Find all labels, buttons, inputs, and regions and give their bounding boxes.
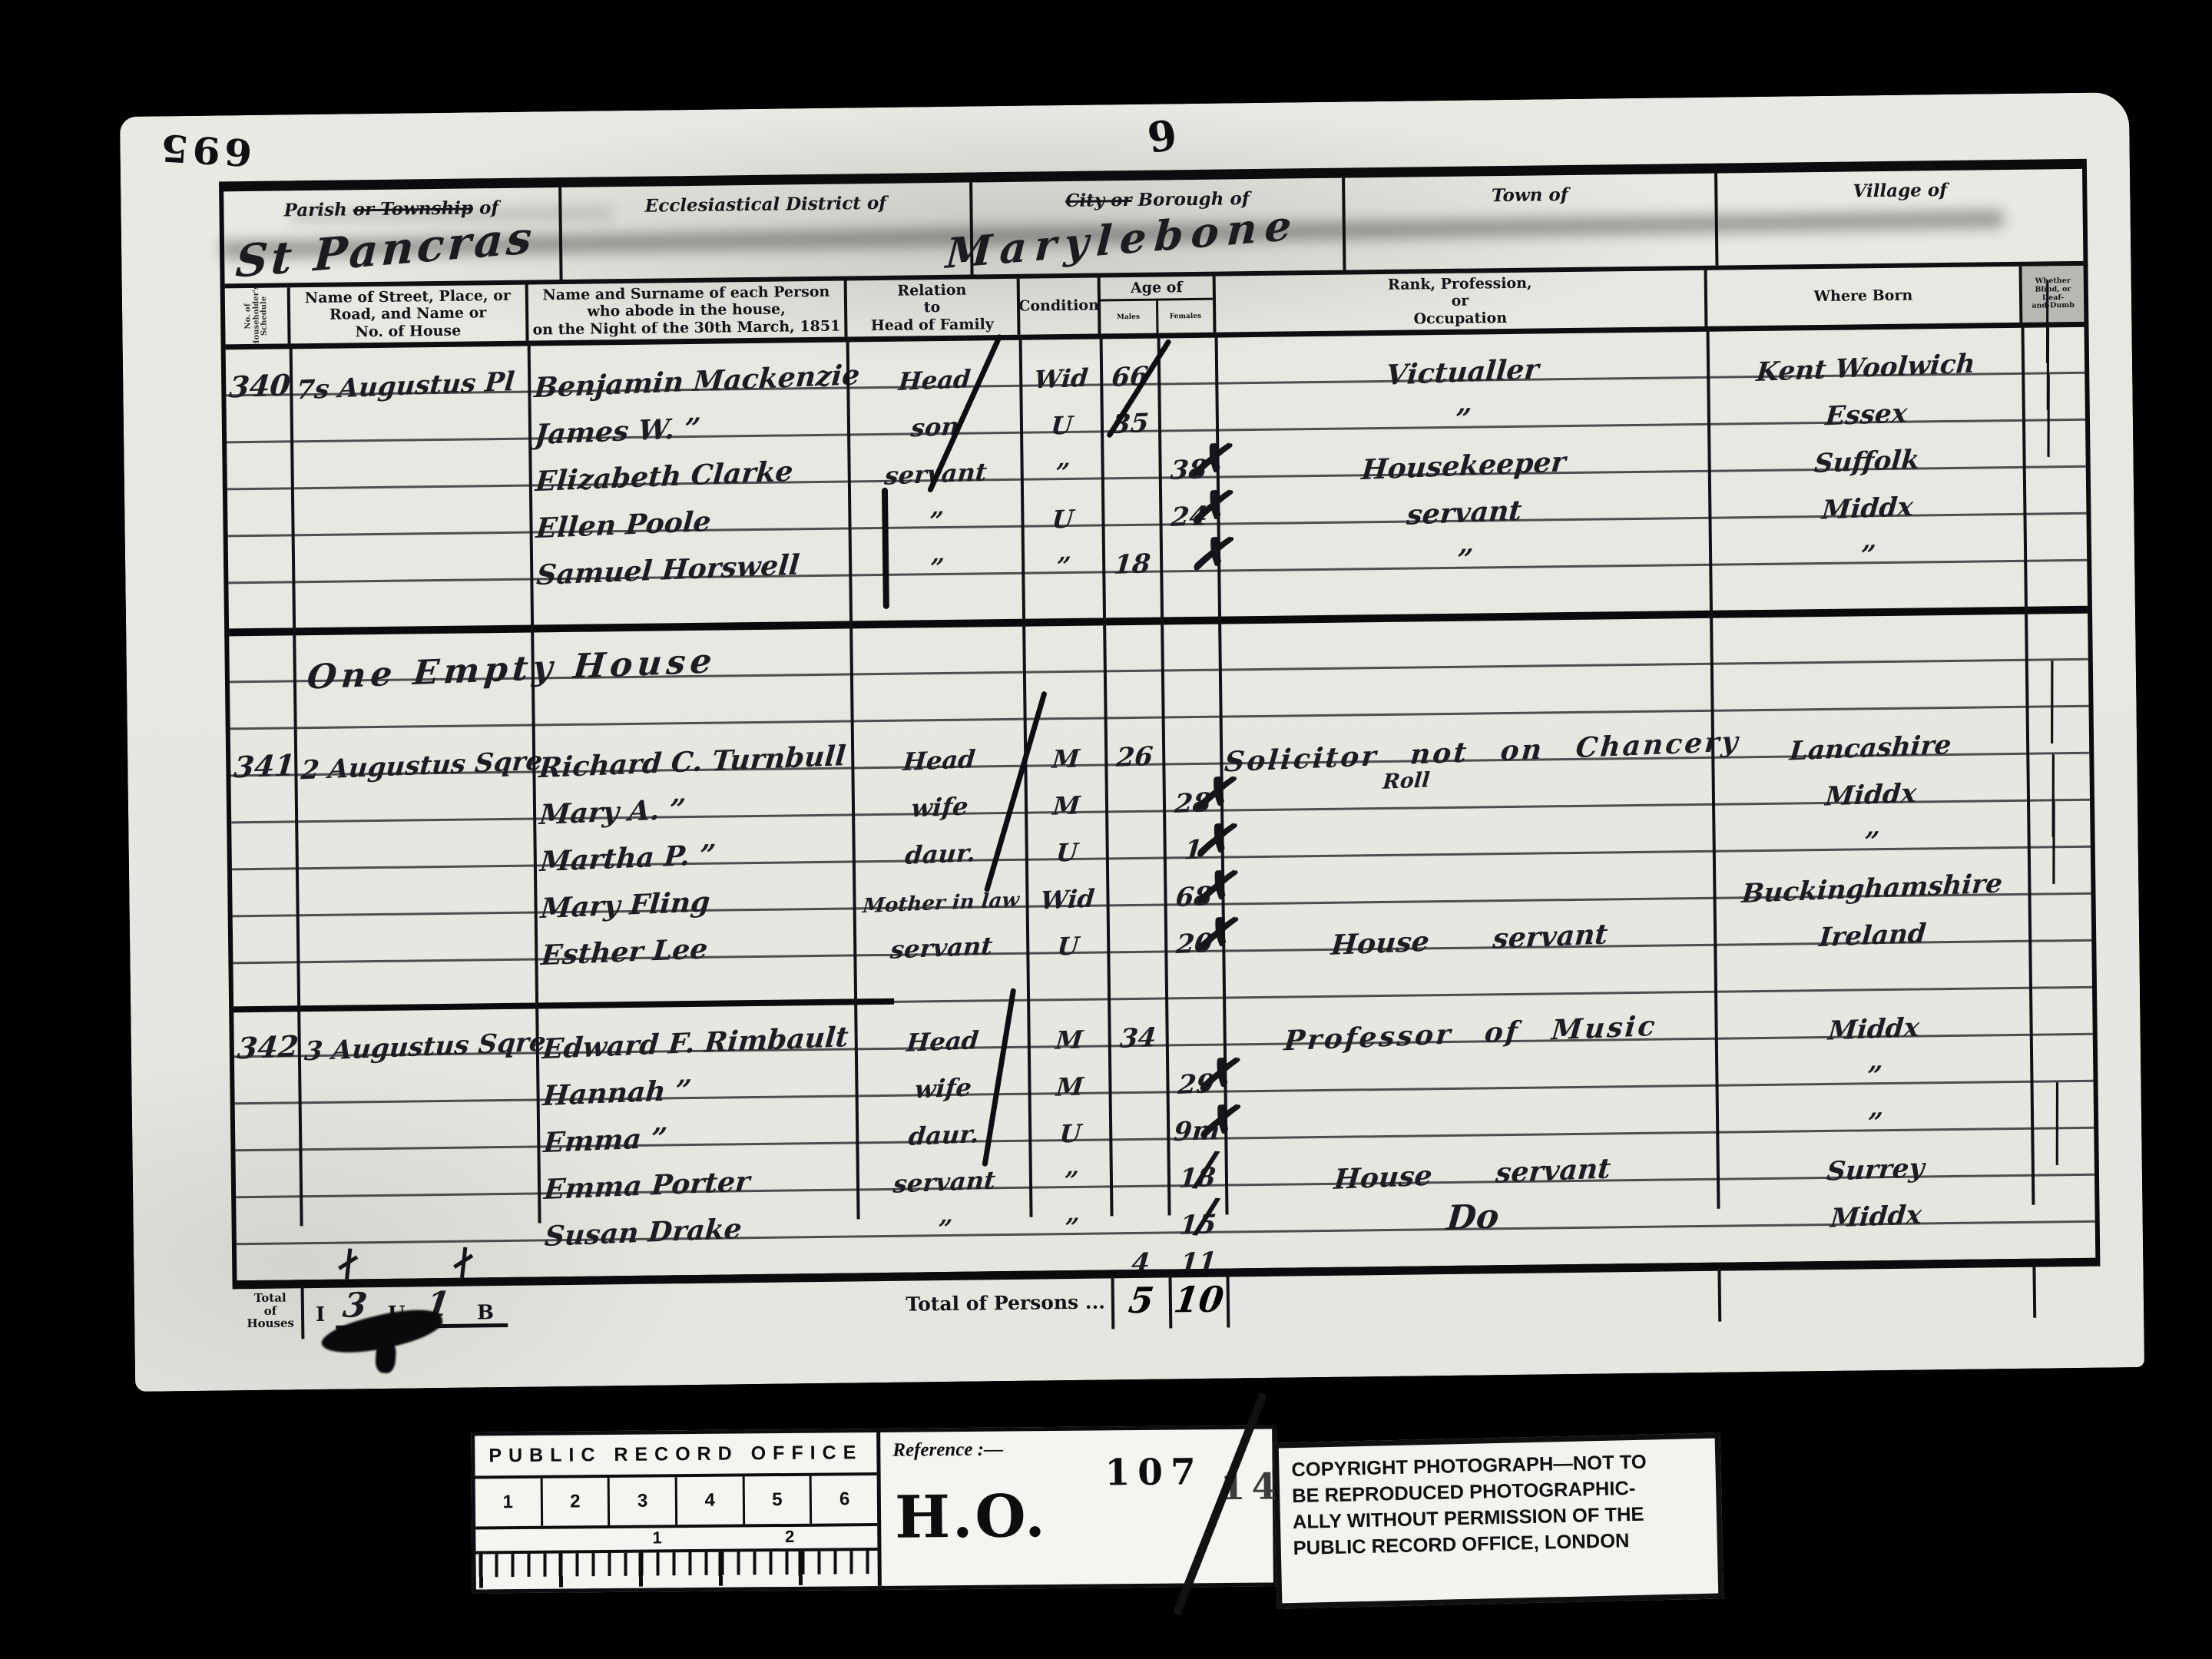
district-label: Ecclesiastical District of [645,193,887,217]
column-age-females: Females [1157,300,1213,333]
column-rule [2032,1264,2036,1318]
reference-piece: 107 [1104,1451,1204,1494]
village-label: Village of [1853,180,1947,201]
infirmity-tick: | [2053,1071,2061,1169]
parish-value: St Pancras [234,211,536,288]
borough-cell: City or Borough of Marylebone [972,178,1346,275]
column-occupation: Rank, Profession,orOccupation [1216,270,1708,333]
infirmity-tick: | [2048,649,2056,747]
column-age: Age of Males Females [1101,276,1217,334]
inch-number: 1 [475,1479,543,1527]
inhabited-letter: I [316,1303,326,1326]
ruler-minor-ticks [478,1551,874,1577]
inch-number: 4 [677,1476,745,1525]
column-schedule: No. of Householder's Schedule [225,287,291,344]
census-page: 695 9 Parish or Township of St Pancras E… [120,92,2144,1392]
column-condition: Condition [1020,277,1101,334]
census-table: Parish or Township of St Pancras Ecclesi… [219,159,2100,1290]
ink-blot [318,1301,445,1363]
column-where-born: Where Born [1707,267,2023,326]
tally-mark [336,1248,359,1279]
reference-box: Reference :— H.O. 107 1493 [880,1429,1273,1585]
village-cell: Village of [1717,169,2083,266]
pro-ruler: PUBLIC RECORD OFFICE 1 2 3 4 5 6 1 2 [475,1432,882,1590]
column-age-males: Males [1101,300,1158,333]
column-street: Name of Street, Place, orRoad, and Name … [290,285,529,344]
reference-label: Reference :— [892,1439,1003,1462]
town-label: Town of [1492,184,1568,206]
parish-cell: Parish or Township of St Pancras [224,187,562,283]
ruler-inch-scale: 1 2 3 4 5 6 [475,1475,878,1530]
folio-number: 9 [1144,110,1181,163]
total-persons-label: Total of Persons ... [802,1290,1105,1316]
pro-office-name: PUBLIC RECORD OFFICE [475,1432,876,1479]
occupation-note: Roll [1382,766,1538,793]
town-cell: Town of [1345,174,1718,270]
cm-number: 2 [785,1527,794,1547]
pro-reference-strip: PUBLIC RECORD OFFICE 1 2 3 4 5 6 1 2 Ref… [471,1425,1277,1593]
infirmity-tick: | [2049,790,2058,888]
building-letter: B [477,1301,494,1324]
ecclesiastical-district-cell: Ecclesiastical District of [561,182,973,280]
inch-number: 5 [744,1476,812,1525]
column-infirmity: WhetherBlind, orDeaf-and-Dumb [2022,266,2085,323]
archive-stamp: 695 [155,125,253,174]
underline-mark [431,1323,508,1328]
total-houses-label: Total of Houses [240,1291,301,1330]
inch-number: 6 [812,1475,877,1524]
column-rule [301,1285,305,1339]
column-relation: RelationtoHead of Family [847,279,1021,337]
ruler-cm-scale: 1 2 [475,1526,878,1590]
infirmity-tick: | [2045,363,2053,461]
tally-mark [452,1247,475,1278]
column-rule [1717,1268,1721,1322]
total-persons-males: 5 [1111,1279,1171,1321]
borough-value: Marylebone [945,200,1301,277]
inch-number: 3 [610,1477,677,1525]
cm-number: 1 [652,1528,661,1548]
column-name: Name and Surname of each Personwho abode… [528,280,848,340]
total-persons-females: 10 [1169,1279,1228,1321]
copyright-notice: COPYRIGHT PHOTOGRAPH—NOT TO BE REPRODUCE… [1273,1432,1724,1608]
inch-number: 2 [542,1478,610,1526]
reference-series: H.O. [895,1482,1048,1551]
